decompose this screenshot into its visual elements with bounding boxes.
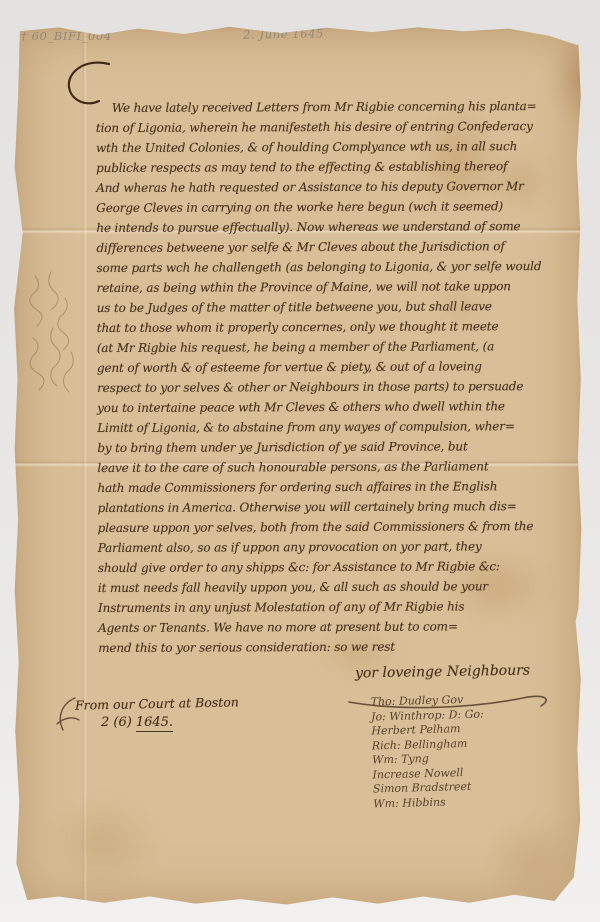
place-line: From our Court at Boston [75, 694, 239, 712]
letter-line: differences betweene yor selfe & Mr Clev… [96, 236, 566, 258]
fold-crease-vertical [81, 26, 87, 908]
letter-line: plantations in America. Otherwise you wi… [98, 496, 568, 518]
letter-line: George Cleves in carrying on the worke h… [96, 196, 566, 218]
letter-line: tion of Ligonia, wherein he manifesteth … [96, 116, 566, 138]
catalog-number-annotation: † 60_BIFI_004 [21, 29, 112, 43]
letter-line: it must needs fall heavily uppon you, & … [98, 576, 568, 598]
letter-line: wth the United Colonies, & of houlding C… [96, 136, 566, 158]
letter-line: mend this to yor serious consideration: … [98, 636, 568, 658]
letter-body: We have lately received Letters from Mr … [96, 96, 568, 658]
letter-line: We have lately received Letters from Mr … [96, 96, 566, 118]
date-prefix: 2 (6) [101, 715, 132, 730]
signature-list: Tho: Dudley GovJo: Winthrop: D: Go:Herbe… [371, 693, 487, 812]
letter-line: some parts wch he challengeth (as belong… [96, 256, 566, 278]
letter-line: (at Mr Rigbie his request, he being a me… [97, 336, 567, 358]
date-line: 2 (6)1645. [101, 715, 173, 730]
letter-line: by to bring them under ye Jurisdiction o… [97, 436, 567, 458]
closing-salutation: yor loveinge Neighbours [355, 662, 530, 681]
letter-line: that to those whom it properly concernes… [97, 316, 567, 338]
letter-line: pleasure uppon yor selves, both from the… [98, 516, 568, 538]
letter-line: should give order to any shipps &c: for … [98, 556, 568, 578]
letter-line: Parliament also, so as if uppon any prov… [98, 536, 568, 558]
letter-line: Agents or Tenants. We have no more at pr… [98, 616, 568, 638]
stain [43, 796, 163, 886]
letter-line: Limitt of Ligonia, & to abstaine from an… [97, 416, 567, 438]
photo-backdrop: † 60_BIFI_004 2. June 1645 We have latel… [0, 0, 600, 922]
date-year: 1645. [136, 715, 173, 732]
date-annotation: 2. June 1645 [243, 26, 324, 41]
signature: Simon Bradstreet [373, 780, 486, 797]
signature: Jo: Winthrop: D: Go: [371, 707, 484, 724]
letter-line: he intends to pursue effectually). Now w… [96, 216, 566, 238]
letter-line: gent of worth & of esteeme for vertue & … [97, 356, 567, 378]
letter-line: And wheras he hath requested or Assistan… [96, 176, 566, 198]
letter-line: hath made Commissioners for ordering suc… [97, 476, 567, 498]
letter-line: respect to yor selves & other or Neighbo… [97, 376, 567, 398]
manuscript-page: † 60_BIFI_004 2. June 1645 We have latel… [13, 26, 583, 908]
letter-line: publicke respects as may tend to the eff… [96, 156, 566, 178]
stain [483, 816, 583, 906]
signature: Wm: Hibbins [373, 794, 486, 811]
letter-line: you to intertaine peace wth Mr Cleves & … [97, 396, 567, 418]
letter-line: us to be Judges of the matter of title b… [97, 296, 567, 318]
letter-line: leave it to the care of such honourable … [97, 456, 567, 478]
letter-line: Instruments in any unjust Molestation of… [98, 596, 568, 618]
letter-line: retaine, as being wthin the Province of … [97, 276, 567, 298]
margin-scribbles [21, 268, 85, 400]
